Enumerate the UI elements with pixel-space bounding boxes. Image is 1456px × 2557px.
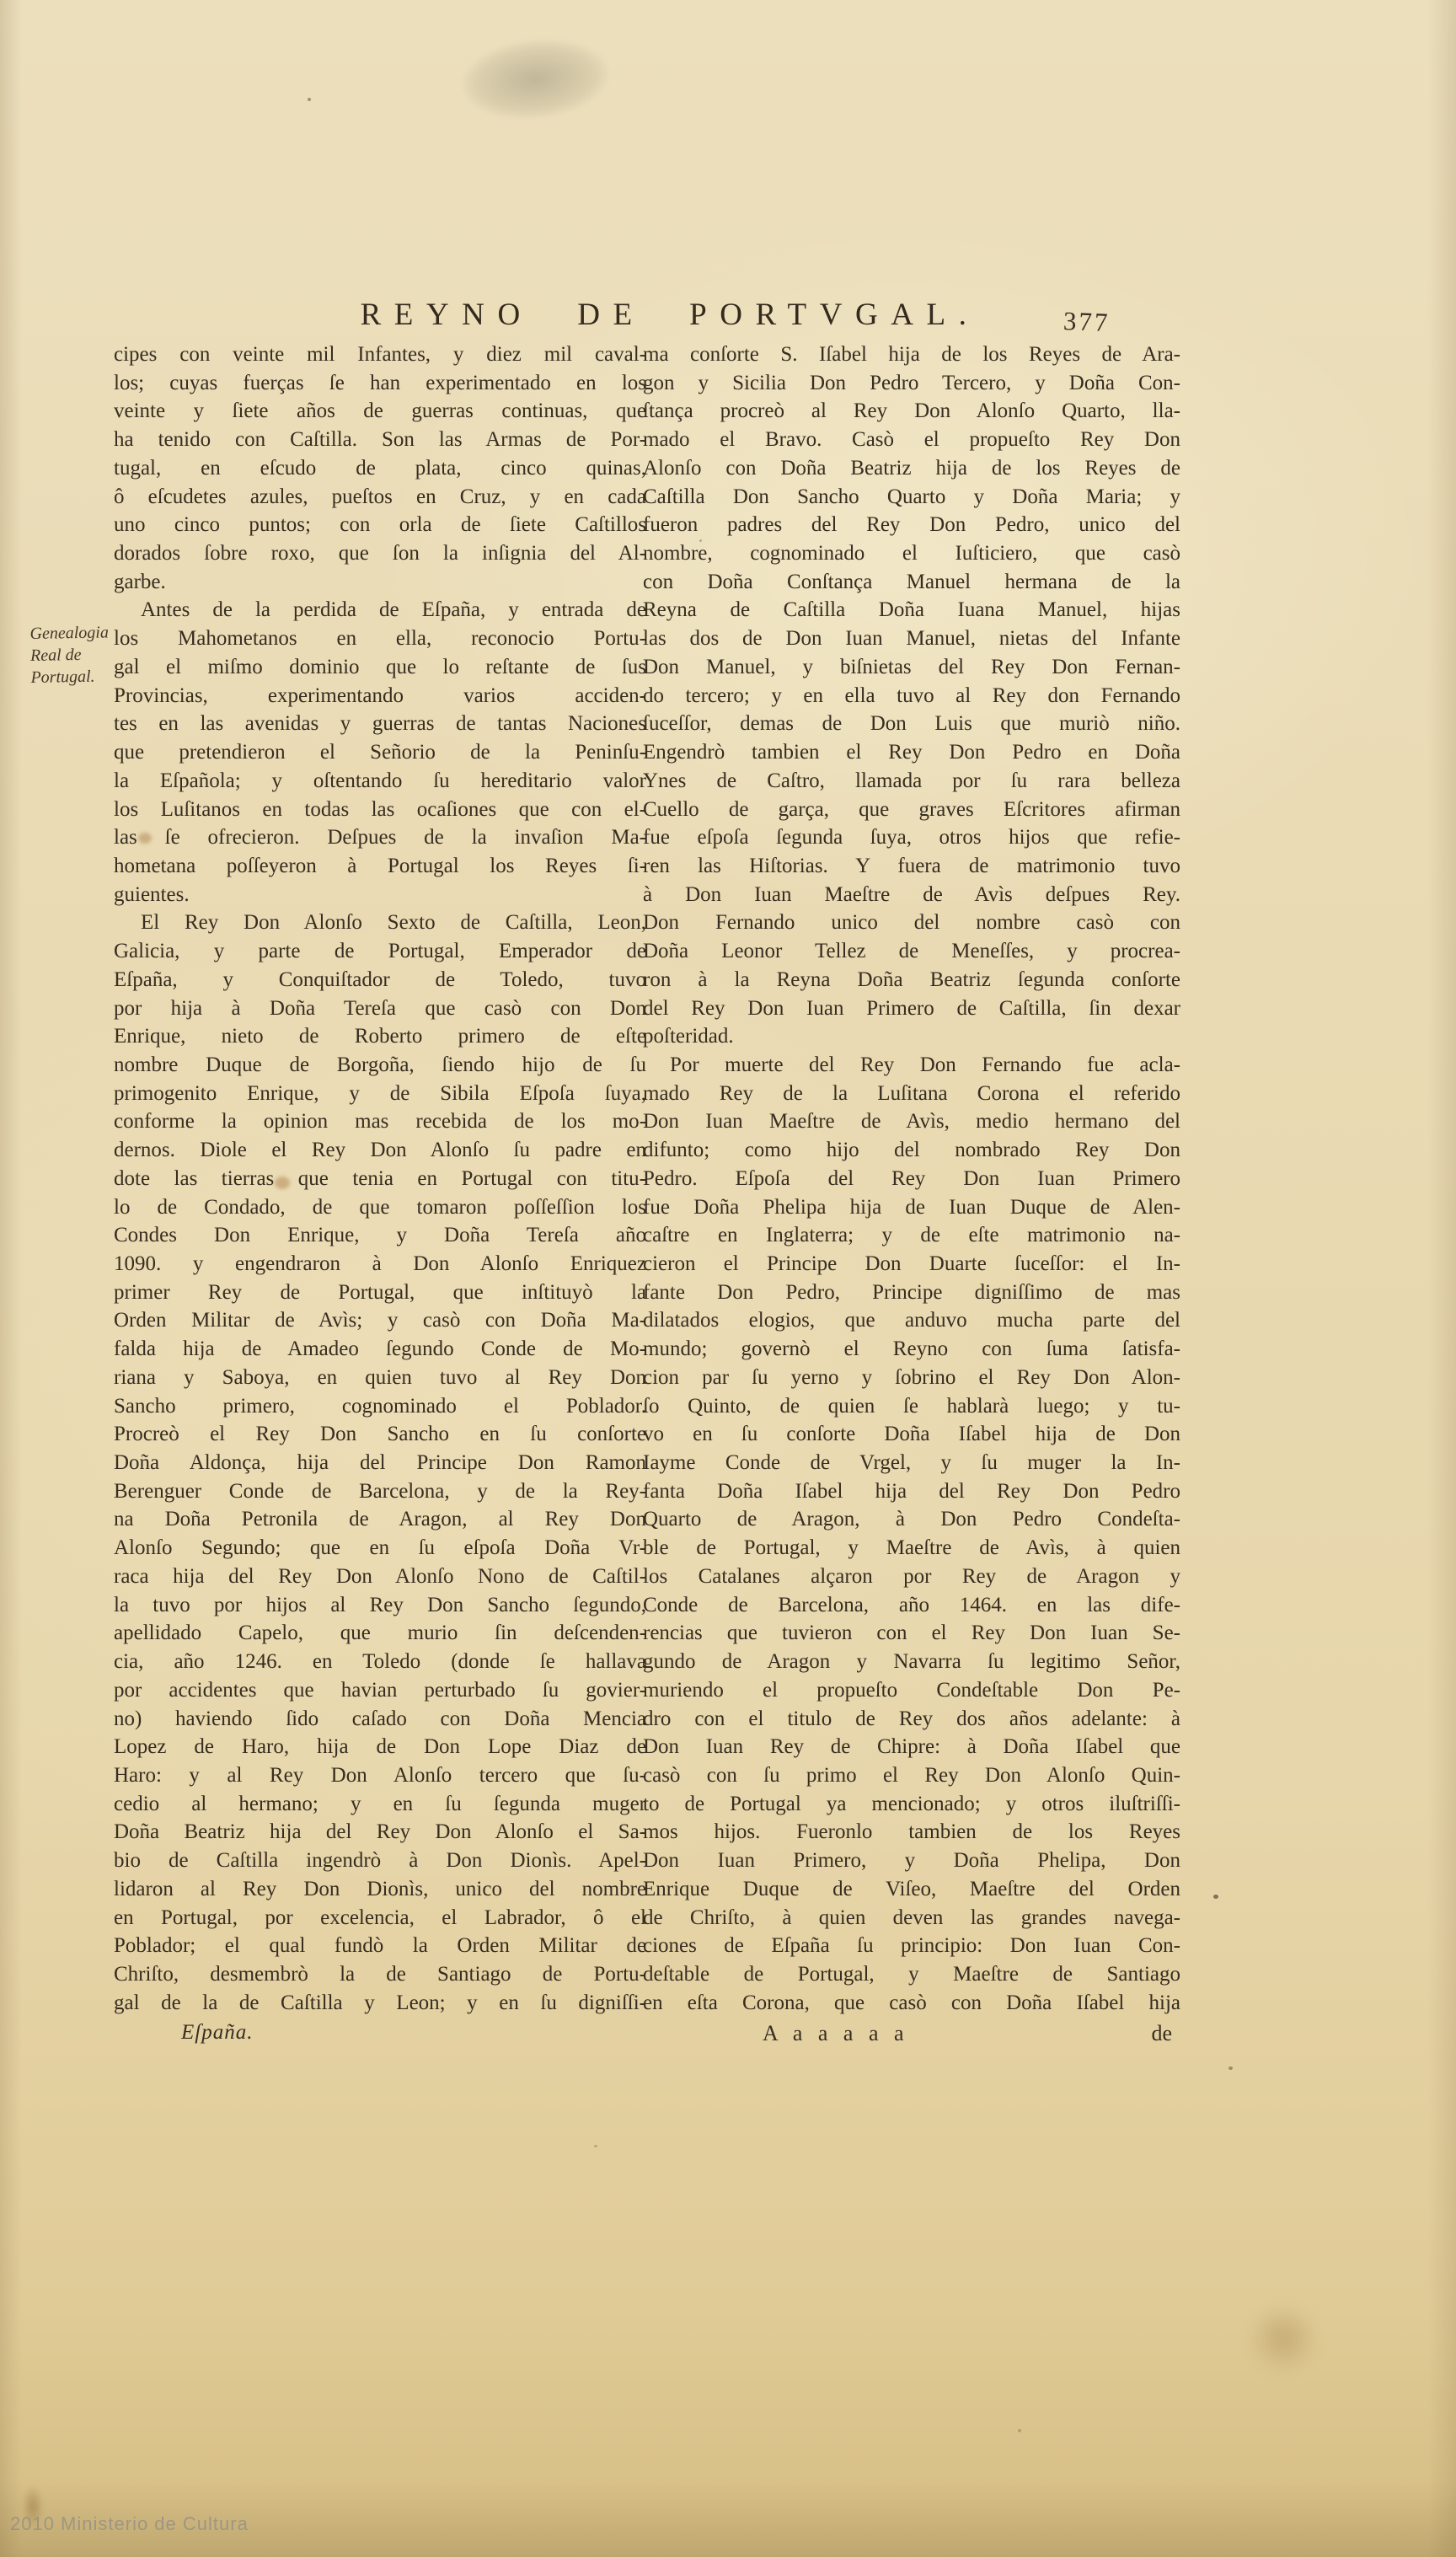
text-line: conforme la opinion mas recebida de los …	[114, 1107, 646, 1136]
text-line: Don Fernando unico del nombre casò con	[643, 909, 1180, 937]
text-line: Orden Militar de Avìs; y casò con Doña M…	[114, 1306, 646, 1335]
text-line: fue Doña Phelipa hija de Iuan Duque de A…	[643, 1193, 1180, 1222]
text-line: gon y Sicilia Don Pedro Tercero, y Doña …	[643, 369, 1180, 398]
text-line: mado el Bravo. Casò el propueſto Rey Don	[643, 426, 1180, 454]
text-line: bio de Caſtilla ingendrò à Don Dionìs. A…	[114, 1847, 646, 1875]
signature-line: A a a a a a de	[643, 2021, 1180, 2050]
text-line: Poblador; el qual fundò la Orden Militar…	[114, 1932, 646, 1960]
text-line: tes en las avenidas y guerras de tantas …	[114, 710, 646, 738]
page-edge-shadow-left	[0, 0, 22, 2557]
text-line: ren las Hiſtorias. Y fuera de matrimonio…	[643, 852, 1180, 881]
text-line: Doña Aldonça, hija del Principe Don Ramo…	[114, 1449, 646, 1477]
text-line: primogenito Enrique, y de Sibila Eſpoſa …	[114, 1080, 646, 1108]
text-line: guientes.	[114, 881, 646, 909]
text-line: ron à la Reyna Doña Beatriz ſegunda conſ…	[643, 966, 1180, 994]
text-line: Conde de Barcelona, año 1464. en las dif…	[643, 1591, 1180, 1620]
text-line: ſtança procreò al Rey Don Alonſo Quarto,…	[643, 397, 1180, 426]
text-line: ma conſorte S. Iſabel hija de los Reyes …	[643, 340, 1180, 369]
text-line: à Don Iuan Maeſtre de Avìs deſpues Rey.	[643, 881, 1180, 909]
text-line: Iayme Conde de Vrgel, y ſu muger la In-	[643, 1449, 1180, 1477]
text-line: Don Manuel, y biſnietas del Rey Don Fern…	[643, 653, 1180, 682]
text-column-left: cipes con veinte mil Infantes, y diez mi…	[114, 340, 646, 2019]
archive-watermark: 2010 Ministerio de Cultura	[10, 2513, 249, 2535]
text-line: Don Iuan Rey de Chipre: à Doña Iſabel qu…	[643, 1733, 1180, 1761]
ink-smudge	[458, 33, 613, 126]
text-line: no) haviendo ſido caſado con Doña Mencia	[114, 1705, 646, 1734]
text-line: lo de Condado, de que tomaron poſſeſſion…	[114, 1193, 646, 1222]
text-line: Berenguer Conde de Barcelona, y de la Re…	[114, 1477, 646, 1506]
text-line: ble de Portugal, y Maeſtre de Avìs, à qu…	[643, 1534, 1180, 1563]
text-line: Don Iuan Primero, y Doña Phelipa, Don	[643, 1847, 1180, 1875]
text-line: primer Rey de Portugal, que inſtituyò la	[114, 1278, 646, 1307]
text-line: muriendo el propueſto Condeſtable Don Pe…	[643, 1676, 1180, 1705]
text-line: Engendrò tambien el Rey Don Pedro en Doñ…	[643, 738, 1180, 767]
text-line: por hija à Doña Tereſa que casò con Don	[114, 994, 646, 1023]
text-line: dro con el titulo de Rey dos años adelan…	[643, 1705, 1180, 1734]
gathering-signature: A a a a a a	[763, 2021, 909, 2046]
text-line: tugal, en eſcudo de plata, cinco quinas,	[114, 454, 646, 483]
text-line: nombre Duque de Borgoña, ſiendo hijo de …	[114, 1051, 646, 1080]
text-line: dorados ſobre roxo, que ſon la inſignia …	[114, 539, 646, 568]
text-line: fante Don Pedro, Principe digniſſimo de …	[643, 1278, 1180, 1307]
text-line: Haro: y al Rey Don Alonſo tercero que ſu…	[114, 1761, 646, 1790]
text-line: Don Iuan Maeſtre de Avìs, medio hermano …	[643, 1107, 1180, 1136]
text-line: hometana poſſeyeron à Portugal los Reyes…	[114, 852, 646, 881]
page-edge-shadow-right	[1427, 0, 1456, 2557]
text-line: por accidentes que havian perturbado ſu …	[114, 1676, 646, 1705]
text-line: los Luſitanos en todas las ocaſiones que…	[114, 796, 646, 824]
text-line: lidaron al Rey Don Dionìs, unico del nom…	[114, 1875, 646, 1904]
text-line: Doña Leonor Tellez de Meneſſes, y procre…	[643, 937, 1180, 966]
text-line: Caſtilla Don Sancho Quarto y Doña Maria;…	[643, 483, 1180, 512]
text-line: fueron padres del Rey Don Pedro, unico d…	[643, 511, 1180, 539]
text-line: que pretendieron el Señorio de la Peninſ…	[114, 738, 646, 767]
text-line: Ynes de Caſtro, llamada por ſu rara bell…	[643, 767, 1180, 796]
text-line: gal de la de Caſtilla y Leon; y en ſu di…	[114, 1989, 646, 2018]
text-line: cieron el Principe Don Duarte ſuceſſor: …	[643, 1250, 1180, 1278]
text-line: mos hijos. Fueronlo tambien de los Reyes	[643, 1818, 1180, 1847]
text-line: dernos. Diole el Rey Don Alonſo ſu padre…	[114, 1136, 646, 1165]
text-line: Alonſo con Doña Beatriz hija de los Reye…	[643, 454, 1180, 483]
text-line: 1090. y engendraron à Don Alonſo Enrique…	[114, 1250, 646, 1278]
text-line: ô eſcudetes azules, pueſtos en Cruz, y e…	[114, 483, 646, 512]
text-line: mado Rey de la Luſitana Corona el referi…	[643, 1080, 1180, 1108]
text-line: Alonſo Segundo; que en ſu eſpoſa Doña Vr…	[114, 1534, 646, 1563]
text-line: cion par ſu yerno y ſobrino el Rey Don A…	[643, 1364, 1180, 1392]
text-line: la Eſpañola; y oſtentando ſu hereditario…	[114, 767, 646, 796]
text-line: poſteridad.	[643, 1022, 1180, 1051]
text-line: en Portugal, por excelencia, el Labrador…	[114, 1904, 646, 1932]
text-line: raca hija del Rey Don Alonſo Nono de Caſ…	[114, 1563, 646, 1591]
text-line: fue eſpoſa ſegunda ſuya, otros hijos que…	[643, 823, 1180, 852]
text-line: to de Portugal ya mencionado; y otros il…	[643, 1790, 1180, 1819]
text-line: las ſe ofrecieron. Deſpues de la invaſio…	[114, 823, 646, 852]
text-line: Eſpaña, y Conquiſtador de Toledo, tuvo	[114, 966, 646, 994]
text-line: Provincias, experimentando varios accide…	[114, 682, 646, 710]
text-line: ſo Quinto, de quien ſe hablarà luego; y …	[643, 1392, 1180, 1421]
text-line: los; cuyas fuerças ſe han experimentado …	[114, 369, 646, 398]
text-line: fanta Doña Iſabel hija del Rey Don Pedro	[643, 1477, 1180, 1506]
text-line: las dos de Don Iuan Manuel, nietas del I…	[643, 625, 1180, 653]
text-line: deſtable de Portugal, y Maeſtre de Santi…	[643, 1960, 1180, 1989]
text-line: vo en ſu conſorte Doña Iſabel hija de Do…	[643, 1420, 1180, 1449]
text-line: riana y Saboya, en quien tuvo al Rey Don	[114, 1364, 646, 1392]
ink-speck	[1018, 2429, 1021, 2432]
text-line: la tuvo por hijos al Rey Don Sancho ſegu…	[114, 1591, 646, 1620]
text-line: Cuello de garça, que graves Eſcritores a…	[643, 796, 1180, 824]
running-title: REYNO DE PORTVGAL.	[211, 297, 1129, 333]
text-line: en eſta Corona, que casò con Doña Iſabel…	[643, 1989, 1180, 2018]
text-line: apellidado Capelo, que murio ſin deſcend…	[114, 1619, 646, 1648]
text-line: con Doña Conſtança Manuel hermana de la	[643, 568, 1180, 597]
text-line: cia, año 1246. en Toledo (donde ſe halla…	[114, 1648, 646, 1676]
text-line: rencias que tuvieron con el Rey Don Iuan…	[643, 1619, 1180, 1648]
catchword-left: Eſpaña.	[181, 2021, 253, 2045]
text-line: Enrique Duque de Viſeo, Maeſtre del Orde…	[643, 1875, 1180, 1904]
text-line: cipes con veinte mil Infantes, y diez mi…	[114, 340, 646, 369]
text-line: do tercero; y en ella tuvo al Rey don Fe…	[643, 682, 1180, 710]
text-column-right: ma conſorte S. Iſabel hija de los Reyes …	[643, 340, 1180, 2019]
text-line: casò con ſu primo el Rey Don Alonſo Quin…	[643, 1761, 1180, 1790]
text-line: dote las tierras que tenia en Portugal c…	[114, 1165, 646, 1193]
page-number: 377	[1063, 306, 1111, 338]
text-line: Por muerte del Rey Don Fernando fue acla…	[643, 1051, 1180, 1080]
catchword-right: de	[1151, 2021, 1172, 2046]
text-line: na Doña Petronila de Aragon, al Rey Don	[114, 1505, 646, 1534]
text-line: difunto; como hijo del nombrado Rey Don	[643, 1136, 1180, 1165]
text-line: Lopez de Haro, hija de Don Lope Diaz de	[114, 1733, 646, 1761]
text-line: Doña Beatriz hija del Rey Don Alonſo el …	[114, 1818, 646, 1847]
text-line: mundo; governò el Reyno con ſuma ſatisfa…	[643, 1335, 1180, 1364]
ink-speck	[1213, 1895, 1218, 1899]
text-line: Reyna de Caſtilla Doña Iuana Manuel, hij…	[643, 596, 1180, 625]
ink-speck	[308, 98, 311, 101]
text-line: los Mahometanos en ella, reconocio Portu…	[114, 625, 646, 653]
text-line: Antes de la perdida de Eſpaña, y entrada…	[114, 596, 646, 625]
text-line: Procreò el Rey Don Sancho en ſu conſorte	[114, 1420, 646, 1449]
text-line: ciones de Eſpaña ſu principio: Don Iuan …	[643, 1932, 1180, 1960]
text-line: Pedro. Eſpoſa del Rey Don Iuan Primero	[643, 1165, 1180, 1193]
text-line: Condes Don Enrique, y Doña Tereſa año	[114, 1221, 646, 1250]
text-line: del Rey Don Iuan Primero de Caſtilla, ſi…	[643, 994, 1180, 1023]
text-line: Galicia, y parte de Portugal, Emperador …	[114, 937, 646, 966]
text-line: uno cinco puntos; con orla de ſiete Caſt…	[114, 511, 646, 539]
text-line: gundo de Aragon y Navarra ſu legitimo Se…	[643, 1648, 1180, 1676]
text-line: cedio al hermano; y en ſu ſegunda muger	[114, 1790, 646, 1819]
text-line: garbe.	[114, 568, 646, 597]
text-line: falda hija de Amadeo ſegundo Conde de Mo…	[114, 1335, 646, 1364]
text-line: Chriſto, desmembrò la de Santiago de Por…	[114, 1960, 646, 1989]
paper-stain	[1245, 2305, 1321, 2372]
text-line: dilatados elogios, que anduvo mucha part…	[643, 1306, 1180, 1335]
text-line: los Catalanes alçaron por Rey de Aragon …	[643, 1563, 1180, 1591]
text-line: de Chriſto, à quien deven las grandes na…	[643, 1904, 1180, 1932]
text-line: nombre, cognominado el Iuſticiero, que c…	[643, 539, 1180, 568]
scanned-book-page: REYNO DE PORTVGAL. 377 Genealogia Real d…	[0, 0, 1456, 2557]
ink-speck	[1228, 2067, 1233, 2070]
ink-speck	[594, 2145, 597, 2147]
text-line: Sancho primero, cognominado el Poblador.	[114, 1392, 646, 1421]
text-line: gal el miſmo dominio que lo reſtante de …	[114, 653, 646, 682]
text-line: ha tenido con Caſtilla. Son las Armas de…	[114, 426, 646, 454]
text-line: Quarto de Aragon, à Don Pedro Condeſta-	[643, 1505, 1180, 1534]
text-line: ſuceſſor, demas de Don Luis que muriò ni…	[643, 710, 1180, 738]
text-line: veinte y ſiete años de guerras continuas…	[114, 397, 646, 426]
text-line: caſtre en Inglaterra; y de eſte matrimon…	[643, 1221, 1180, 1250]
text-line: El Rey Don Alonſo Sexto de Caſtilla, Leo…	[114, 909, 646, 937]
text-line: Enrique, nieto de Roberto primero de eſt…	[114, 1022, 646, 1051]
